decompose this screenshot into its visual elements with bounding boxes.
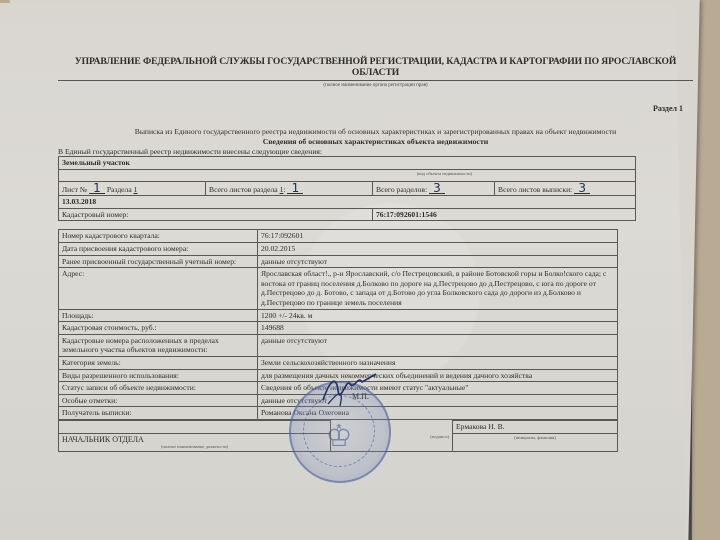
detail-row: Категория земель:Земли сельскохозяйствен…	[59, 356, 618, 369]
total-sections-cell: Всего разделов: 3	[373, 181, 495, 196]
detail-label: Кадастровая стоимость, руб.:	[59, 322, 258, 335]
detail-label: Адрес:	[59, 268, 258, 309]
detail-value: 20.02.2015	[258, 242, 618, 255]
detail-label: Статус записи об объекте недвижимости:	[59, 382, 258, 395]
cadastral-number: 76:17:092601:1546	[373, 208, 636, 221]
total-sheets: 3	[574, 183, 590, 194]
cadastral-number-label: Кадастровый номер:	[59, 208, 373, 221]
detail-value: Земли сельскохозяйственного назначения	[258, 356, 618, 369]
detail-row: Адрес:Ярославская област!., р-н Ярославс…	[59, 268, 618, 309]
handwritten-signature	[318, 370, 378, 410]
detail-label: Особые отметки:	[59, 394, 258, 407]
detail-label: Площадь:	[59, 309, 258, 322]
detail-label: Виды разрешенного использования:	[59, 369, 258, 382]
detail-label: Дата присвоения кадастрового номера:	[59, 242, 258, 255]
detail-row: Ранее присвоенный государственный учетны…	[59, 255, 618, 268]
section-sheets: 1	[287, 183, 303, 194]
total-sheets-cell: Всего листов выписки: 3	[495, 181, 636, 196]
coat-of-arms-icon: ♔	[319, 417, 359, 457]
detail-label: Кадастровые номера расположенных в преде…	[59, 334, 258, 356]
section-number: Раздел 1	[58, 104, 693, 113]
header-table: Земельный участок (вид объекта недвижимо…	[58, 156, 636, 221]
extract-intro-2: В Единый государственный реестр недвижим…	[58, 147, 693, 156]
detail-value: данные отсутствуют	[258, 255, 618, 268]
extract-date: 13.03.2018	[59, 196, 636, 209]
detail-label: Номер кадастрового квартала:	[59, 230, 258, 243]
extract-intro: Выписка из Единого государственного реес…	[58, 127, 693, 136]
sheet-number-cell: Лист № 1 Раздела 1	[59, 181, 206, 196]
detail-label: Получатель выписки:	[59, 407, 258, 420]
detail-label: Категория земель:	[59, 356, 258, 369]
detail-row: Номер кадастрового квартала:76:17:092601	[59, 230, 618, 243]
authority-caption: (полное наименование органа регистрации …	[58, 83, 693, 88]
detail-row: Кадастровые номера расположенных в преде…	[59, 334, 618, 356]
official-name-caption: (инициалы, фамилия)	[453, 433, 618, 452]
detail-value: Ярославская област!., р-н Ярославский, с…	[258, 268, 618, 309]
detail-label: Ранее присвоенный государственный учетны…	[59, 255, 258, 268]
detail-row: Дата присвоения кадастрового номера:20.0…	[59, 242, 618, 255]
detail-value: 1200 +/- 24кв. м	[258, 309, 618, 322]
detail-value: 76:17:092601	[258, 230, 618, 243]
detail-value: данные отсутствуют	[258, 334, 618, 356]
extract-subtitle: Сведения об основных характеристиках объ…	[58, 137, 693, 146]
total-sections: 3	[429, 183, 445, 194]
detail-row: Кадастровая стоимость, руб.:149688	[59, 322, 618, 335]
sheet-number: 1	[89, 183, 105, 194]
detail-row: Площадь:1200 +/- 24кв. м	[59, 309, 618, 322]
object-type: Земельный участок	[59, 157, 636, 170]
object-type-caption: (вид объекта недвижимости)	[59, 169, 636, 181]
detail-value: 149688	[258, 322, 618, 335]
authority-title: УПРАВЛЕНИЕ ФЕДЕРАЛЬНОЙ СЛУЖБЫ ГОСУДАРСТВ…	[58, 56, 693, 81]
section-sheets-cell: Всего листов раздела 1: 1	[206, 181, 373, 196]
detail-value: для размещения дачных некоммерческих объ…	[258, 369, 618, 382]
official-name: Ермакова Н. В.	[453, 420, 618, 433]
